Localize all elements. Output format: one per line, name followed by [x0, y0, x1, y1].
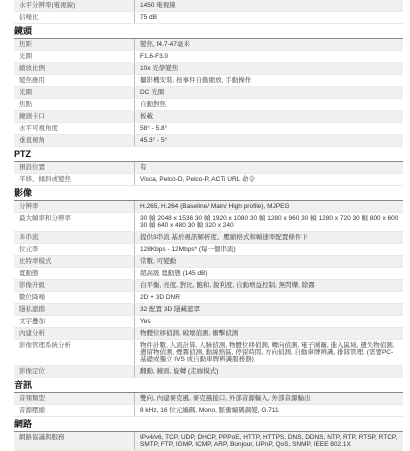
spec-value: 物件計數, 人流計算, 人臉偵測, 物體位移偵測, 轉向偵測, 電子圍籬, 進入…	[135, 340, 403, 365]
spec-row: 水平分辨率(電視線)1450 電視線	[14, 0, 403, 12]
section-title: 音訊	[14, 378, 403, 393]
spec-row: 水平可視角度58° - 5.8°	[14, 123, 403, 135]
spec-row: 影像定位翻動, 鏡面, 旋轉 (走廊模式)	[14, 366, 403, 378]
spec-row: 變焦應用攝影機安裝, 按事件自動縮放, 手動操作	[14, 75, 403, 87]
spec-label: 數位降噪	[14, 292, 135, 303]
spec-section: 音訊音頻類型雙向, 內建麥克風, 麥克風接口, 外部音源輸入, 外部音源輸出音源…	[14, 378, 403, 410]
spec-value: 物體位移偵測, 破壞偵測, 衝擊偵測	[135, 328, 403, 339]
spec-label: 分辨率	[14, 201, 135, 212]
spec-label: 光圈	[14, 51, 135, 62]
spec-label: 焦點	[14, 99, 135, 110]
spec-row: 隱私遮擋32 配置 3D 隱藏遮罩	[14, 304, 403, 316]
spec-label: 平移、傾斜或變焦	[14, 174, 135, 185]
spec-section: 水平分辨率(電視線)1450 電視線信噪比75 dB	[14, 0, 403, 24]
spec-table: 水平分辨率(電視線)1450 電視線信噪比75 dB鏡頭焦距變焦, f4.7-4…	[14, 0, 403, 410]
spec-label: 寬動態	[14, 268, 135, 279]
spec-row: 平移、傾斜或變焦Visca, Pelco-D, Pelco-P, ACTi UR…	[14, 174, 403, 186]
spec-row: 信噪比75 dB	[14, 12, 403, 24]
spec-row: 內建分析物體位移偵測, 破壞偵測, 衝擊偵測	[14, 328, 403, 340]
spec-value: F1.6-F3.0	[135, 51, 403, 62]
spec-value: 8 kHz, 16 位元編碼, Mono, 脈衝編碼調變, G.711	[135, 405, 403, 410]
spec-row: 音源壓縮8 kHz, 16 位元編碼, Mono, 脈衝編碼調變, G.711	[14, 405, 403, 410]
spec-row: 縮放比例10x 光學變焦	[14, 63, 403, 75]
spec-value: 30 幀 2048 x 1536 30 幀 1920 x 1080 30 幀 1…	[135, 213, 403, 231]
spec-label: 水平可視角度	[14, 123, 135, 134]
spec-label: 垂直視角	[14, 135, 135, 146]
spec-label: 預設位置	[14, 162, 135, 173]
spec-value: 1450 電視線	[135, 0, 403, 11]
spec-value: 提供3串流 基於視訊解析度、壓縮格式和幀速率配置條件下	[135, 232, 403, 243]
spec-value: 58° - 5.8°	[135, 123, 403, 134]
spec-row: 預設位置有	[14, 162, 403, 174]
spec-value: 2D + 3D DNR	[135, 292, 403, 303]
spec-row: 垂直視角45.3° - 5°	[14, 135, 403, 147]
spec-label: 水平分辨率(電視線)	[14, 0, 135, 11]
spec-value: Yes	[135, 316, 403, 327]
spec-row: 光圈DC 光圈	[14, 87, 403, 99]
spec-row: 多串流提供3串流 基於視訊解析度、壓縮格式和幀速率配置條件下	[14, 232, 403, 244]
spec-row: 分辨率H.265, H.264 (Baseline/ Main/ High pr…	[14, 201, 403, 213]
spec-value: 75 dB	[135, 12, 403, 23]
spec-row: 最大幀率和分辨率30 幀 2048 x 1536 30 幀 1920 x 108…	[14, 213, 403, 232]
spec-value: 板載	[135, 111, 403, 122]
spec-value: 128Kbps - 12Mbps* (每一個串流)	[135, 244, 403, 255]
spec-label: 鏡頭卡口	[14, 111, 135, 122]
spec-row: 文字疊加Yes	[14, 316, 403, 328]
spec-row: 影像管理系統分析物件計數, 人流計算, 人臉偵測, 物體位移偵測, 轉向偵測, …	[14, 340, 403, 366]
spec-value: 自動對焦	[135, 99, 403, 110]
spec-section: 鏡頭焦距變焦, f4.7-47毫米光圈F1.6-F3.0縮放比例10x 光學變焦…	[14, 24, 403, 147]
spec-row: 焦點自動對焦	[14, 99, 403, 111]
spec-row: 影像升級白平衡, 亮度, 對比, 飽和, 銳利度, 自動增益控制, 無閃爍, 除…	[14, 280, 403, 292]
spec-row: 數位降噪2D + 3D DNR	[14, 292, 403, 304]
spec-label: 縮放比例	[14, 63, 135, 74]
spec-label: 內建分析	[14, 328, 135, 339]
spec-value: 32 配置 3D 隱藏遮罩	[135, 304, 403, 315]
spec-label: 音頻類型	[14, 393, 135, 404]
spec-value: 攝影機安裝, 按事件自動縮放, 手動操作	[135, 75, 403, 86]
spec-label: 文字疊加	[14, 316, 135, 327]
spec-value: 常數, 可變動	[135, 256, 403, 267]
spec-label: 光圈	[14, 87, 135, 98]
spec-value: 45.3° - 5°	[135, 135, 403, 146]
spec-value: 變焦, f4.7-47毫米	[135, 39, 403, 50]
spec-label: 隱私遮擋	[14, 304, 135, 315]
spec-value: 雙向, 內建麥克風, 麥克風接口, 外部音源輸入, 外部音源輸出	[135, 393, 403, 404]
spec-value: 10x 光學變焦	[135, 63, 403, 74]
spec-row: 鏡頭卡口板載	[14, 111, 403, 123]
spec-row: 焦距變焦, f4.7-47毫米	[14, 39, 403, 51]
spec-value: Visca, Pelco-D, Pelco-P, ACTi URL 命令	[135, 174, 403, 185]
spec-row: 寬動態超高級 寬動態 (145 dB)	[14, 268, 403, 280]
spec-label: 變焦應用	[14, 75, 135, 86]
spec-section: 影像分辨率H.265, H.264 (Baseline/ Main/ High …	[14, 186, 403, 378]
spec-value: 有	[135, 162, 403, 173]
spec-label: 信噪比	[14, 12, 135, 23]
spec-row: 光圈F1.6-F3.0	[14, 51, 403, 63]
spec-label: 影像定位	[14, 366, 135, 377]
spec-label: 影像管理系統分析	[14, 340, 135, 365]
spec-row: 音頻類型雙向, 內建麥克風, 麥克風接口, 外部音源輸入, 外部音源輸出	[14, 393, 403, 405]
spec-label: 焦距	[14, 39, 135, 50]
spec-value: 超高級 寬動態 (145 dB)	[135, 268, 403, 279]
spec-value: DC 光圈	[135, 87, 403, 98]
spec-label: 比特率模式	[14, 256, 135, 267]
spec-label: 影像升級	[14, 280, 135, 291]
spec-section: PTZ預設位置有平移、傾斜或變焦Visca, Pelco-D, Pelco-P,…	[14, 147, 403, 186]
spec-value: H.265, H.264 (Baseline/ Main/ High profi…	[135, 201, 403, 212]
section-title: PTZ	[14, 147, 403, 162]
spec-label: 音源壓縮	[14, 405, 135, 410]
spec-value: 白平衡, 亮度, 對比, 飽和, 銳利度, 自動增益控制, 無閃爍, 除霧	[135, 280, 403, 291]
spec-row: 位元率128Kbps - 12Mbps* (每一個串流)	[14, 244, 403, 256]
spec-value: 翻動, 鏡面, 旋轉 (走廊模式)	[135, 366, 403, 377]
section-title: 影像	[14, 186, 403, 201]
section-title: 鏡頭	[14, 24, 403, 39]
spec-label: 位元率	[14, 244, 135, 255]
spec-label: 最大幀率和分辨率	[14, 213, 135, 231]
spec-row: 比特率模式常數, 可變動	[14, 256, 403, 268]
spec-label: 多串流	[14, 232, 135, 243]
